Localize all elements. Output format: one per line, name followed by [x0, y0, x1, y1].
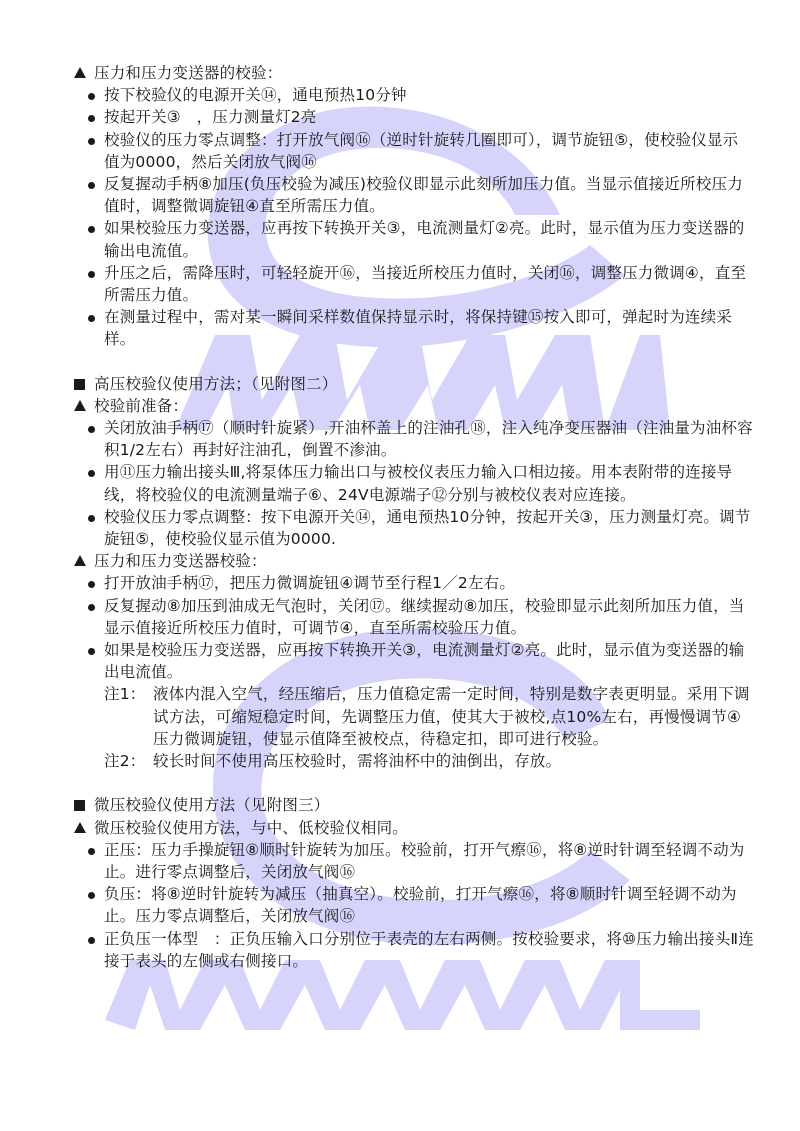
bullet-dot-icon — [88, 115, 95, 122]
bullet-dot-icon — [88, 138, 95, 145]
section-heading-micro-usage: 微压校验仪使用方法，与中、低校验仪相同。 — [74, 817, 754, 839]
list-item: 如果校验压力变送器，应再按下转换开关③，电流测量灯②亮。此时，显示值为压力变送器… — [74, 217, 754, 261]
list-item: 校验仪压力零点调整：按下电源开关⑭，通电预热10分钟，按起开关③，压力测量灯亮。… — [74, 506, 754, 550]
bullet-dot-icon — [88, 581, 95, 588]
triangle-marker-icon — [74, 817, 92, 841]
bullet-dot-icon — [88, 271, 95, 278]
section-heading-micro-pressure: 微压校验仪使用方法（见附图三） — [74, 794, 754, 816]
list-item: 反复握动手柄⑧加压(负压校验为减压)校验仪即显示此刻所加压力值。当显示值接近所校… — [74, 173, 754, 217]
bullet-dot-icon — [88, 182, 95, 189]
section-heading-transmitter-calibration: 压力和压力变送器校验： — [74, 550, 754, 572]
list-item: 关闭放油手柄⑰（顺时针旋紧）,开油杯盖上的注油孔⑱，注入纯净变压器油（注油量为油… — [74, 417, 754, 461]
section-heading-pressure-calibration: 压力和压力变送器的校验： — [74, 62, 754, 84]
bullet-dot-icon — [88, 604, 95, 611]
list-item: 校验仪的压力零点调整：打开放气阀⑯（逆时针旋转几圈即可），调节旋钮⑤，使校验仪显… — [74, 129, 754, 173]
bullet-dot-icon — [88, 470, 95, 477]
list-item: 按下校验仪的电源开关⑭，通电预热10分钟 — [74, 84, 754, 106]
bullet-dot-icon — [88, 315, 95, 322]
spacer — [74, 772, 754, 794]
list-item: 负压：将⑧逆时针旋转为减压（抽真空）。校验前，打开气瘵⑯，将⑧顺时针调至轻调不动… — [74, 883, 754, 927]
bullet-dot-icon — [88, 937, 95, 944]
spacer — [74, 351, 754, 373]
list-item: 在测量过程中，需对某一瞬间采样数值保持显示时，将保持键⑮按入即可，弹起时为连续采… — [74, 306, 754, 350]
list-item: 打开放油手柄⑰，把压力微调旋钮④调节至行程1／2左右。 — [74, 572, 754, 594]
triangle-marker-icon — [74, 62, 92, 86]
triangle-marker-icon — [74, 550, 92, 574]
bullet-dot-icon — [88, 892, 95, 899]
bullet-dot-icon — [88, 848, 95, 855]
bullet-dot-icon — [88, 426, 95, 433]
bullet-dot-icon — [88, 515, 95, 522]
triangle-marker-icon — [74, 395, 92, 419]
list-item: 正压：压力手操旋钮⑧顺时针旋转为加压。校验前，打开气瘵⑯，将⑧逆时针调至轻调不动… — [74, 839, 754, 883]
list-item: 正负压一体型 ：正负压输入口分别位于表壳的左右两侧。按校验要求，将⑩压力输出接头… — [74, 928, 754, 972]
note-2: 注2： 较长时间不使用高压校验时，需将油杯中的油倒出，存放。 — [74, 750, 754, 772]
list-item: 用⑪压力输出接头Ⅲ,将泵体压力输出口与被校仪表压力输入口相边接。用本表附带的连接… — [74, 461, 754, 505]
note-1: 注1： 液体内混入空气，经压缩后，压力值稳定需一定时间，特别是数字表更明显。采用… — [74, 683, 754, 750]
section-heading-high-pressure: 高压校验仪使用方法；（见附图二） — [74, 373, 754, 395]
document-body: 压力和压力变送器的校验： 按下校验仪的电源开关⑭，通电预热10分钟 按起开关③ … — [74, 62, 754, 972]
list-item: 反复握动⑧加压到油成无气泡时，关闭⑰。继续握动⑧加压，校验即显示此刻所加压力值，… — [74, 595, 754, 639]
bullet-dot-icon — [88, 648, 95, 655]
bullet-dot-icon — [88, 93, 95, 100]
list-item: 按起开关③ ，压力测量灯2亮 — [74, 106, 754, 128]
section-heading-preparation: 校验前准备： — [74, 395, 754, 417]
bullet-dot-icon — [88, 226, 95, 233]
list-item: 如果是校验压力变送器，应再按下转换开关③，电流测量灯②亮。此时，显示值为变送器的… — [74, 639, 754, 683]
list-item: 升压之后，需降压时，可轻轻旋开⑯，当接近所校压力值时，关闭⑯，调整压力微调④，直… — [74, 262, 754, 306]
